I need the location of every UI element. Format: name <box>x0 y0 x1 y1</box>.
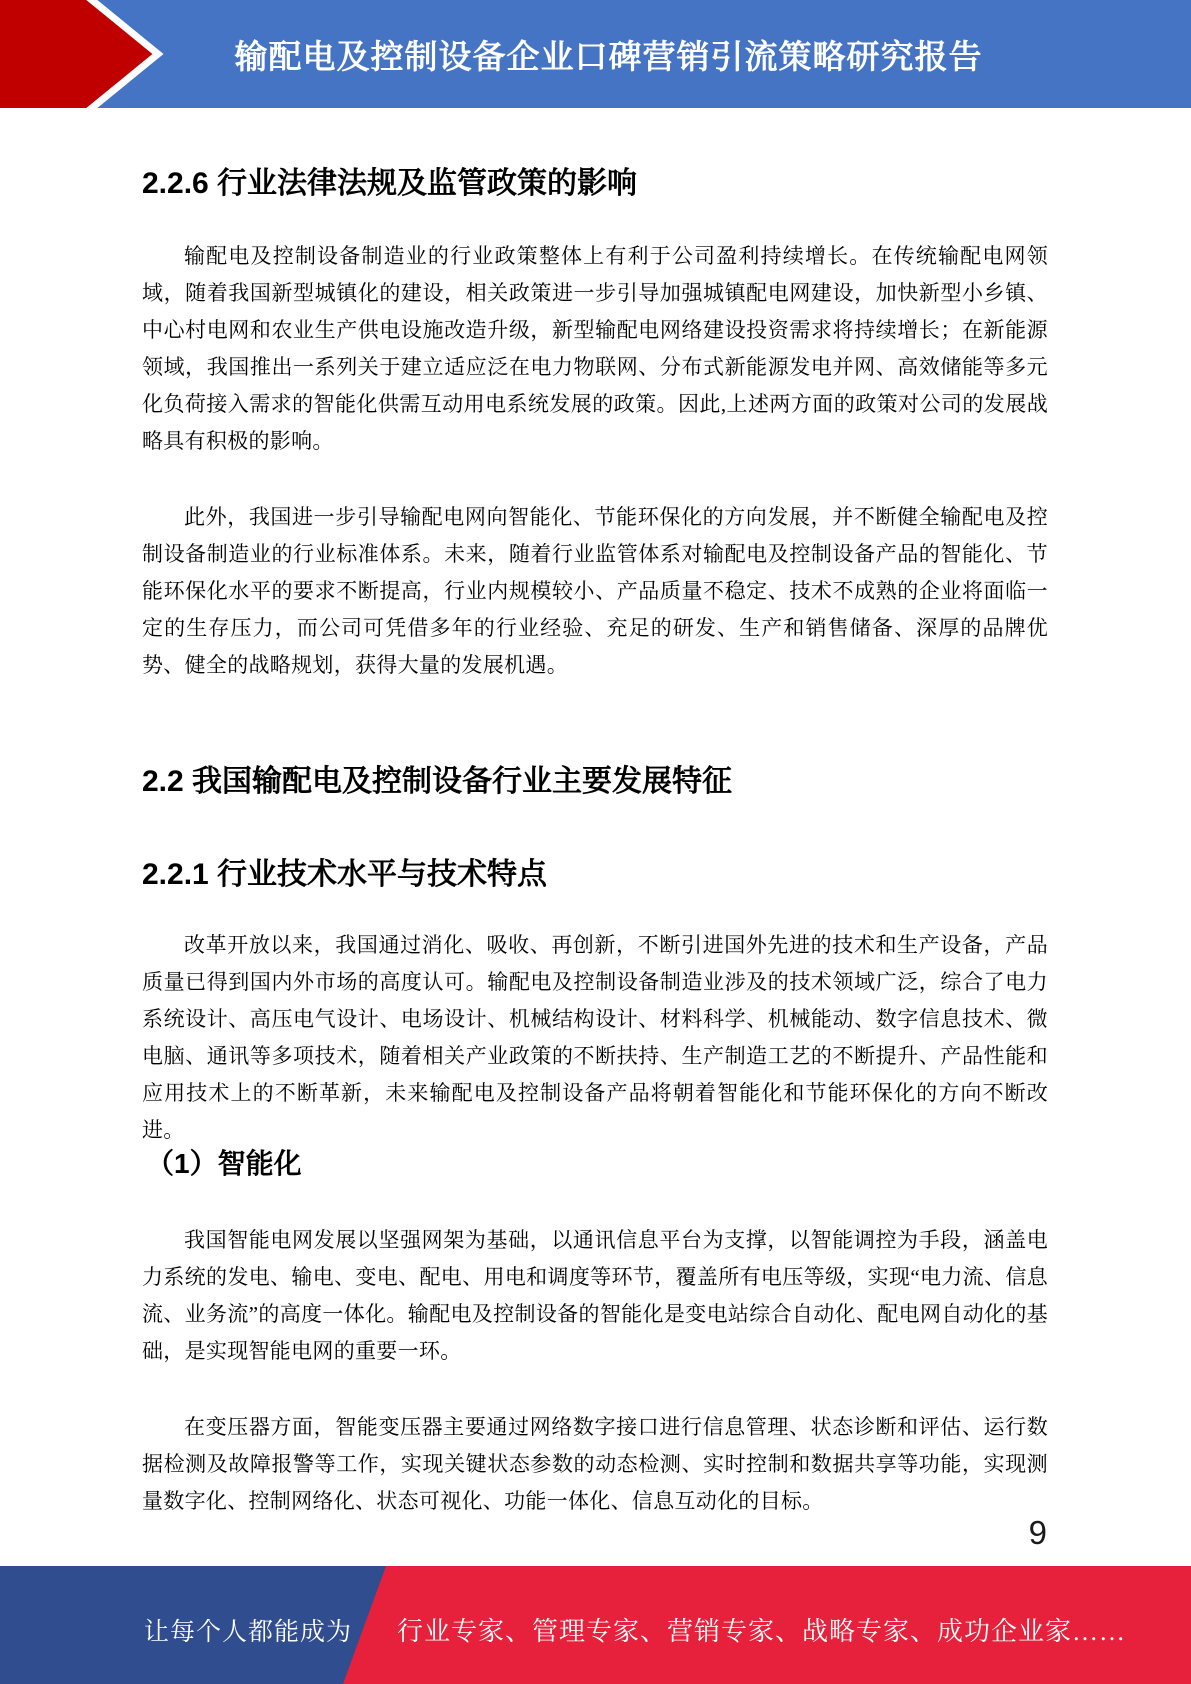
paragraph-smart-grid: 我国智能电网发展以坚强网架为基础，以通讯信息平台为支撑，以智能调控为手段，涵盖电… <box>142 1222 1048 1370</box>
report-page: { "header": { "title": "输配电及控制设备企业口碑营销引流… <box>0 0 1191 1684</box>
section-heading-2-2-1: 2.2.1 行业技术水平与技术特点 <box>142 856 1048 894</box>
paragraph-technology-level: 改革开放以来，我国通过消化、吸收、再创新，不断引进国外先进的技术和生产设备，产品… <box>142 927 1048 1149</box>
section-heading-2-2: 2.2 我国输配电及控制设备行业主要发展特征 <box>142 763 1048 801</box>
footer-slogan-left: 让每个人都能成为 <box>144 1612 352 1648</box>
paragraph-policy-impact: 输配电及控制设备制造业的行业政策整体上有利于公司盈利持续增长。在传统输配电网领域… <box>142 238 1048 460</box>
paragraph-smart-transformer: 在变压器方面，智能变压器主要通过网络数字接口进行信息管理、状态诊断和评估、运行数… <box>142 1409 1048 1520</box>
page-number: 9 <box>1029 1514 1047 1552</box>
header-banner: 输配电及控制设备企业口碑营销引流策略研究报告 <box>0 0 1191 108</box>
page-title: 输配电及控制设备企业口碑营销引流策略研究报告 <box>0 0 1191 108</box>
footer-banner: 让每个人都能成为 行业专家、管理专家、营销专家、战略专家、成功企业家…… <box>0 1566 1191 1684</box>
section-heading-2-2-6: 2.2.6 行业法律法规及监管政策的影响 <box>142 165 1048 203</box>
paragraph-standards-system: 此外，我国进一步引导输配电网向智能化、节能环保化的方向发展，并不断健全输配电及控… <box>142 499 1048 684</box>
footer-slogan-right: 行业专家、管理专家、营销专家、战略专家、成功企业家…… <box>397 1611 1126 1648</box>
subsection-heading-intelligence: （1）智能化 <box>146 1146 1052 1182</box>
footer-blue-panel: 让每个人都能成为 <box>0 1566 430 1684</box>
